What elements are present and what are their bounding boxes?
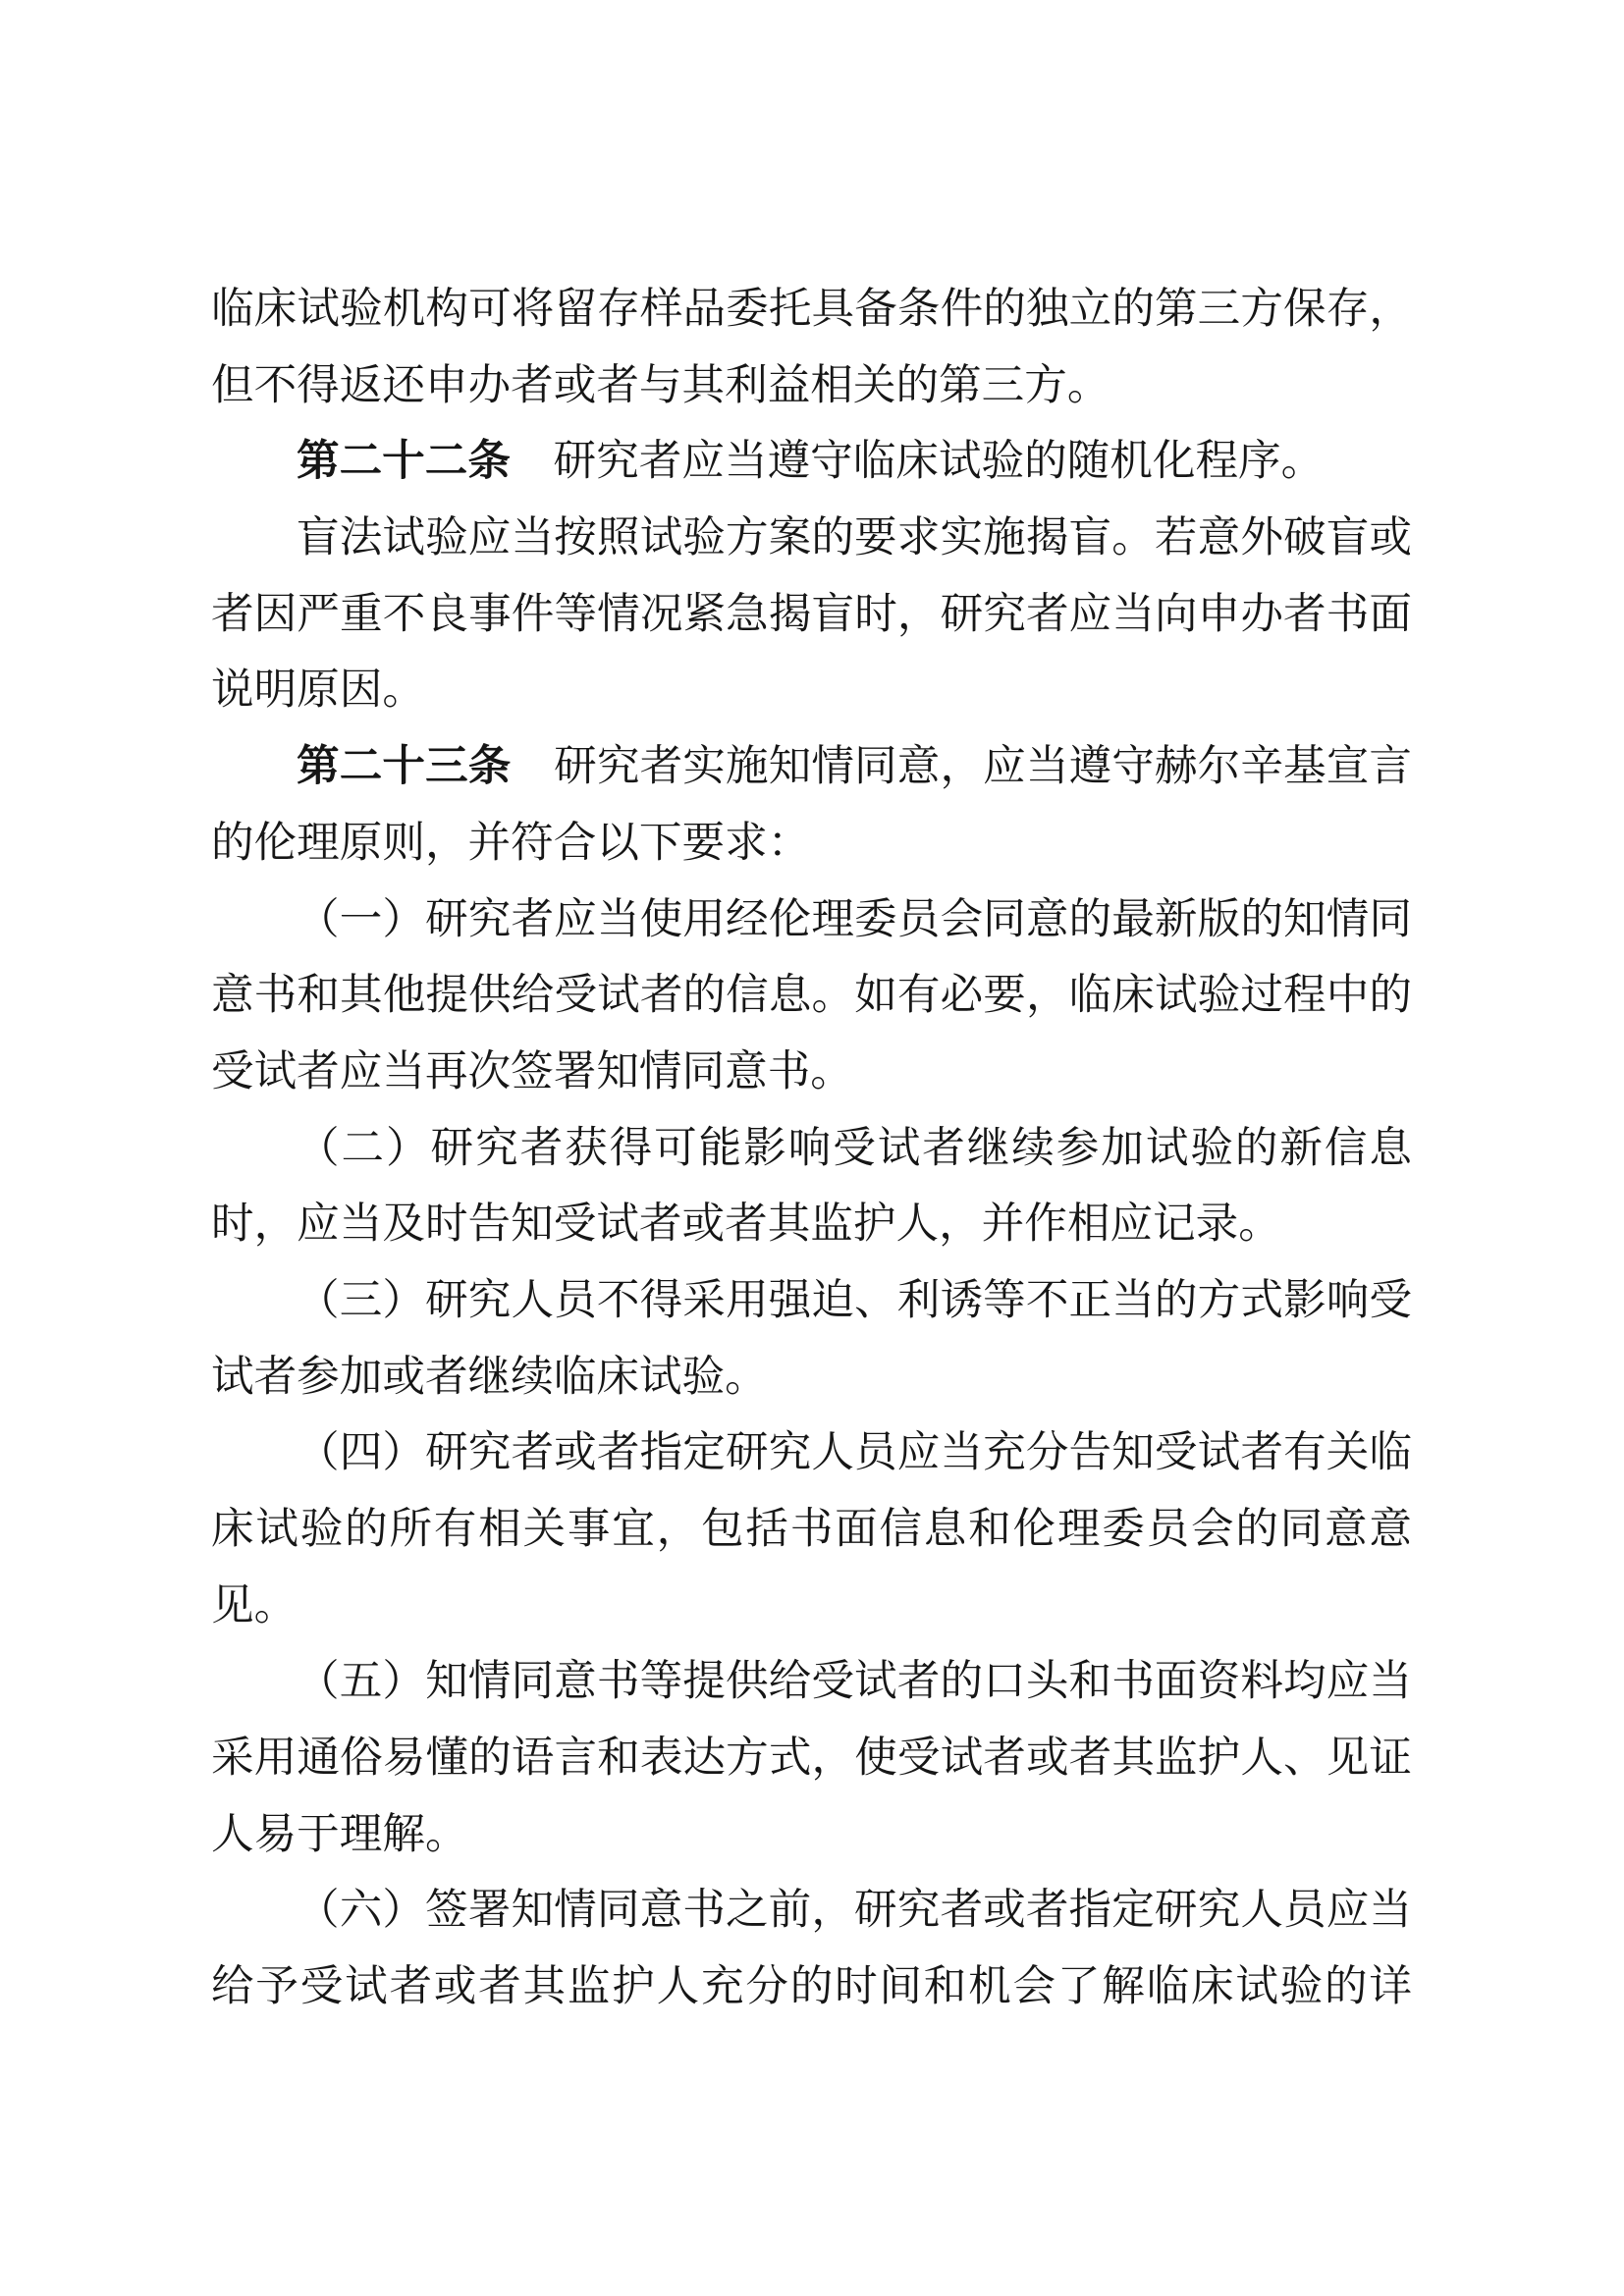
text-line-content: （三）研究人员不得采用强迫、利诱等不正当的方式影响受: [297, 1277, 1412, 1324]
text-line: 临床试验机构可将留存样品委托具备条件的独立的第三方保存，: [211, 272, 1412, 348]
article-number-bold: 第二十三条: [297, 743, 511, 790]
text-line: 采用通俗易懂的语言和表达方式，使受试者或者其监护人、见证: [211, 1721, 1412, 1797]
text-line-content: （四）研究者或者指定研究人员应当充分告知受试者有关临: [297, 1429, 1412, 1476]
text-line-content: 说明原因。: [211, 667, 425, 714]
text-line: 者因严重不良事件等情况紧急揭盲时，研究者应当向申办者书面: [211, 577, 1412, 654]
text-line: 人易于理解。: [211, 1797, 1412, 1874]
text-line: 第二十三条 研究者实施知情同意，应当遵守赫尔辛基宣言: [211, 729, 1412, 806]
text-line: 受试者应当再次签署知情同意书。: [211, 1035, 1412, 1111]
text-line: 第二十二条 研究者应当遵守临床试验的随机化程序。: [211, 424, 1412, 501]
text-line: （二）研究者获得可能影响受试者继续参加试验的新信息: [211, 1111, 1412, 1188]
text-line-content: 但不得返还申办者或者与其利益相关的第三方。: [211, 362, 1110, 409]
article-number-bold: 第二十二条: [297, 438, 511, 485]
text-line-content: 见。: [211, 1582, 297, 1629]
text-line: 试者参加或者继续临床试验。: [211, 1340, 1412, 1416]
text-line-content: （五）知情同意书等提供给受试者的口头和书面资料均应当: [297, 1658, 1412, 1705]
text-line-content: 者因严重不良事件等情况紧急揭盲时，研究者应当向申办者书面: [211, 591, 1412, 638]
text-line: 时，应当及时告知受试者或者其监护人，并作相应记录。: [211, 1187, 1412, 1263]
text-line: （一）研究者应当使用经伦理委员会同意的最新版的知情同: [211, 882, 1412, 959]
text-line: 床试验的所有相关事宜，包括书面信息和伦理委员会的同意意: [211, 1492, 1412, 1569]
text-line-content: （六）签署知情同意书之前，研究者或者指定研究人员应当: [297, 1887, 1412, 1934]
text-line: 但不得返还申办者或者与其利益相关的第三方。: [211, 348, 1412, 425]
text-line: 盲法试验应当按照试验方案的要求实施揭盲。若意外破盲或: [211, 501, 1412, 577]
text-line-content: 盲法试验应当按照试验方案的要求实施揭盲。若意外破盲或: [297, 514, 1412, 561]
text-line-content: 研究者实施知情同意，应当遵守赫尔辛基宣言: [511, 743, 1412, 790]
text-line-content: 研究者应当遵守临床试验的随机化程序。: [511, 438, 1324, 485]
document-page: 临床试验机构可将留存样品委托具备条件的独立的第三方保存，但不得返还申办者或者与其…: [0, 0, 1624, 2296]
text-line: （三）研究人员不得采用强迫、利诱等不正当的方式影响受: [211, 1263, 1412, 1340]
document-text-block: 临床试验机构可将留存样品委托具备条件的独立的第三方保存，但不得返还申办者或者与其…: [211, 272, 1412, 2026]
text-line: 给予受试者或者其监护人充分的时间和机会了解临床试验的详: [211, 1949, 1412, 2026]
text-line-content: 床试验的所有相关事宜，包括书面信息和伦理委员会的同意意: [211, 1506, 1412, 1553]
text-line-content: （一）研究者应当使用经伦理委员会同意的最新版的知情同: [297, 896, 1412, 943]
text-line: 说明原因。: [211, 653, 1412, 729]
text-line: 见。: [211, 1569, 1412, 1645]
text-line: 的伦理原则，并符合以下要求：: [211, 806, 1412, 882]
text-line-content: 的伦理原则，并符合以下要求：: [211, 820, 810, 867]
text-line-content: 试者参加或者继续临床试验。: [211, 1354, 768, 1401]
text-line-content: 时，应当及时告知受试者或者其监护人，并作相应记录。: [211, 1201, 1281, 1248]
text-line-content: 临床试验机构可将留存样品委托具备条件的独立的第三方保存，: [211, 286, 1412, 333]
text-line-content: （二）研究者获得可能影响受试者继续参加试验的新信息: [297, 1125, 1412, 1172]
text-line-content: 人易于理解。: [211, 1811, 468, 1858]
text-line: （五）知情同意书等提供给受试者的口头和书面资料均应当: [211, 1644, 1412, 1721]
text-line: （六）签署知情同意书之前，研究者或者指定研究人员应当: [211, 1873, 1412, 1949]
text-line-content: 意书和其他提供给受试者的信息。如有必要，临床试验过程中的: [211, 972, 1412, 1019]
text-line-content: 采用通俗易懂的语言和表达方式，使受试者或者其监护人、见证: [211, 1735, 1412, 1782]
text-line: 意书和其他提供给受试者的信息。如有必要，临床试验过程中的: [211, 958, 1412, 1035]
text-line-content: 给予受试者或者其监护人充分的时间和机会了解临床试验的详: [211, 1963, 1412, 2010]
text-line-content: 受试者应当再次签署知情同意书。: [211, 1048, 853, 1095]
text-line: （四）研究者或者指定研究人员应当充分告知受试者有关临: [211, 1415, 1412, 1492]
